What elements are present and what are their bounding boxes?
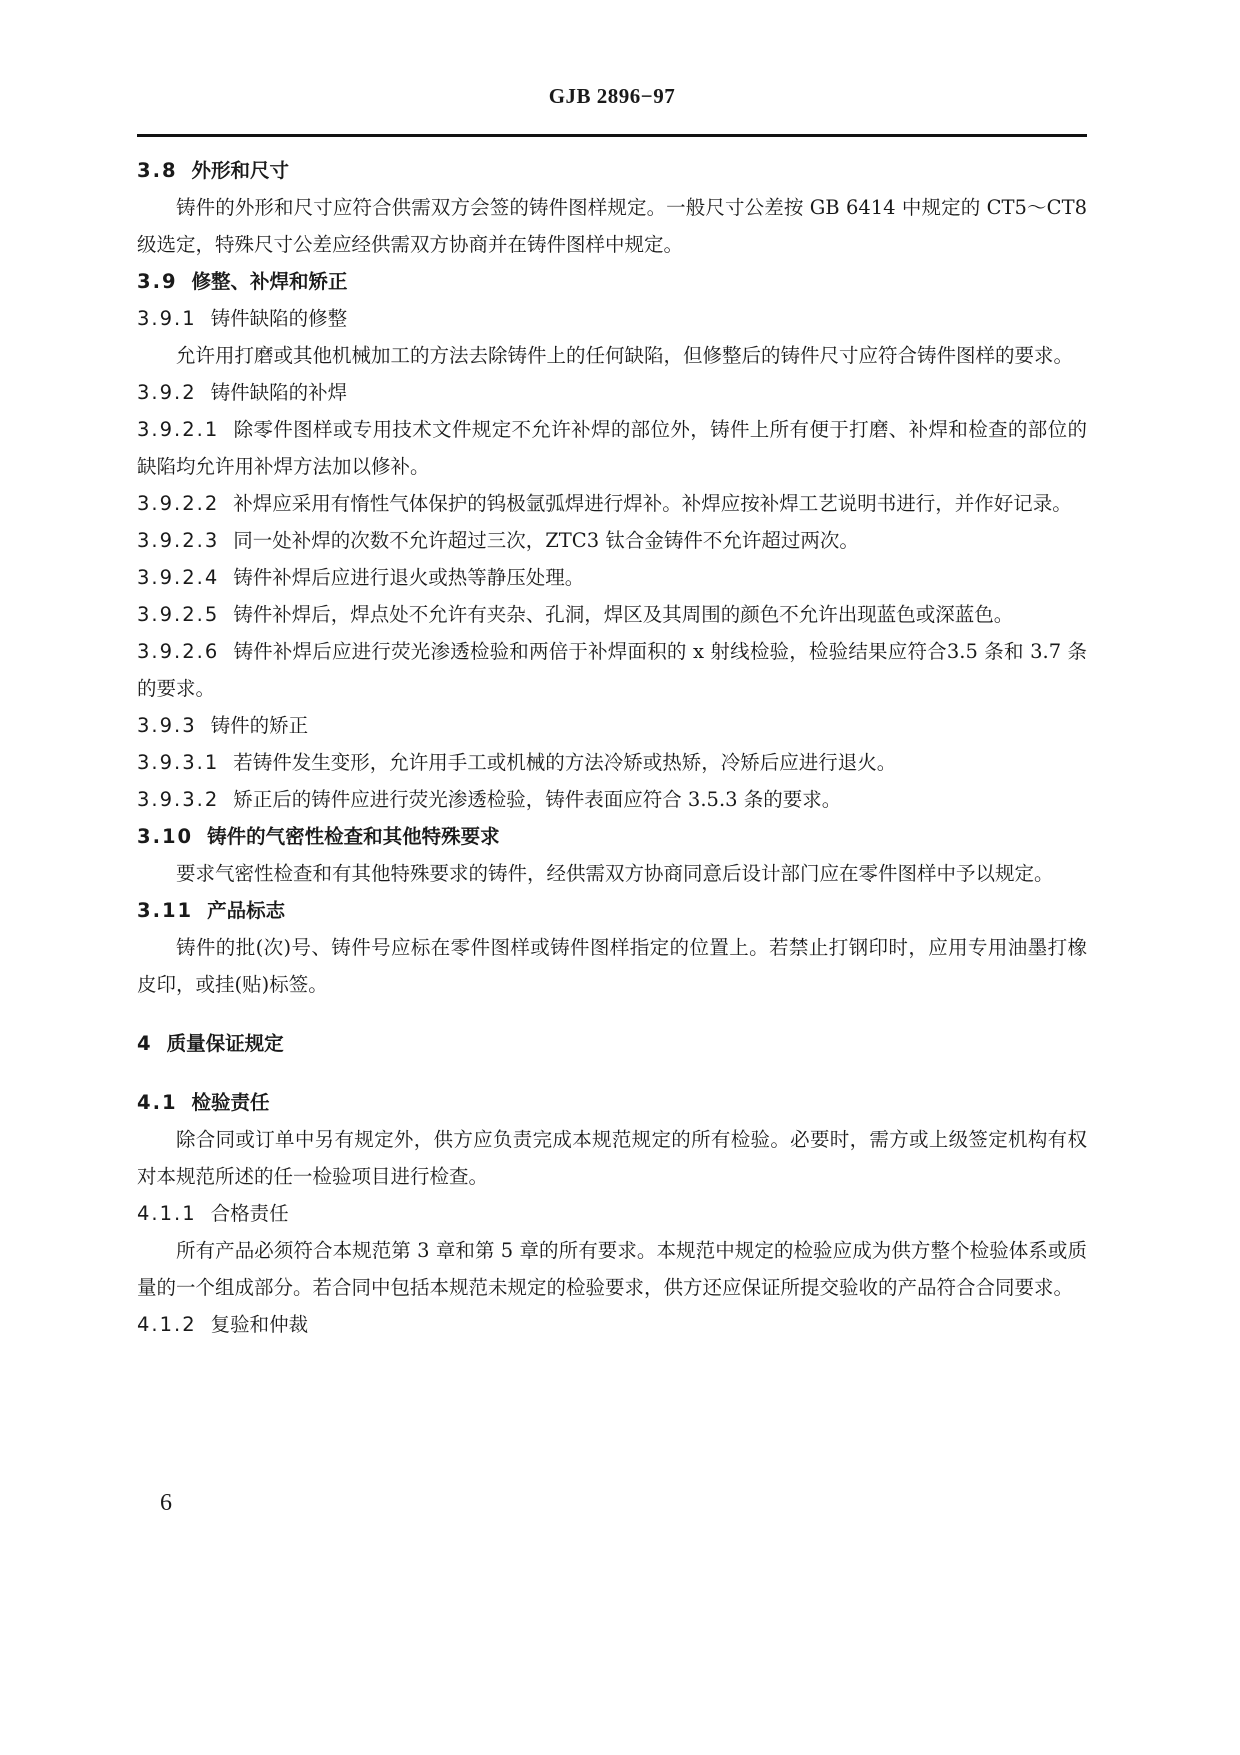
paragraph: 除合同或订单中另有规定外，供方应负责完成本规范规定的所有检验。必要时，需方或上级… [137, 1121, 1087, 1195]
section-title: 铸件缺陷的修整 [211, 307, 348, 330]
section-number: 3.11 [137, 892, 193, 929]
clause-item: 3.9.3.1若铸件发生变形，允许用手工或机械的方法冷矫或热矫，冷矫后应进行退火… [137, 744, 1087, 781]
paragraph: 允许用打磨或其他机械加工的方法去除铸件上的任何缺陷，但修整后的铸件尺寸应符合铸件… [137, 337, 1087, 374]
subsection-heading: 3.9.1铸件缺陷的修整 [137, 300, 1087, 337]
chapter-heading: 4质量保证规定 [137, 1025, 1087, 1062]
paragraph: 要求气密性检查和有其他特殊要求的铸件，经供需双方协商同意后设计部门应在零件图样中… [137, 855, 1087, 892]
clause-number: 3.9.3.2 [137, 781, 219, 818]
paragraph: 所有产品必须符合本规范第 3 章和第 5 章的所有要求。本规范中规定的检验应成为… [137, 1232, 1087, 1306]
section-title: 修整、补焊和矫正 [192, 270, 348, 293]
paragraph: 铸件的外形和尺寸应符合供需双方会签的铸件图样规定。一般尺寸公差按 GB 6414… [137, 189, 1087, 263]
section-number: 4.1.1 [137, 1195, 197, 1232]
spacer [137, 1062, 1087, 1084]
section-number: 3.9.3 [137, 707, 197, 744]
section-title: 质量保证规定 [167, 1032, 284, 1055]
clause-number: 3.9.3.1 [137, 744, 219, 781]
document-body: 3.8外形和尺寸 铸件的外形和尺寸应符合供需双方会签的铸件图样规定。一般尺寸公差… [137, 152, 1087, 1343]
clause-text: 除零件图样或专用技术文件规定不允许补焊的部位外，铸件上所有便于打磨、补焊和检查的… [137, 418, 1087, 478]
clause-number: 3.9.2.4 [137, 559, 219, 596]
clause-item: 3.9.2.5铸件补焊后，焊点处不允许有夹杂、孔洞，焊区及其周围的颜色不允许出现… [137, 596, 1087, 633]
clause-number: 3.9.2.6 [137, 633, 219, 670]
section-title: 铸件的矫正 [211, 714, 309, 737]
clause-number: 3.9.2.3 [137, 522, 219, 559]
clause-item: 3.9.2.4铸件补焊后应进行退火或热等静压处理。 [137, 559, 1087, 596]
document-page: GJB 2896−97 3.8外形和尺寸 铸件的外形和尺寸应符合供需双方会签的铸… [0, 0, 1240, 1755]
section-number: 3.9.2 [137, 374, 197, 411]
clause-item: 3.9.3.2矫正后的铸件应进行荧光渗透检验，铸件表面应符合 3.5.3 条的要… [137, 781, 1087, 818]
section-number: 4 [137, 1025, 153, 1062]
spacer [137, 1003, 1087, 1025]
section-heading: 4.1检验责任 [137, 1084, 1087, 1121]
clause-item: 3.9.2.3同一处补焊的次数不允许超过三次，ZTC3 钛合金铸件不允许超过两次… [137, 522, 1087, 559]
section-heading: 3.10铸件的气密性检查和其他特殊要求 [137, 818, 1087, 855]
section-title: 合格责任 [211, 1202, 289, 1225]
section-heading: 3.9修整、补焊和矫正 [137, 263, 1087, 300]
section-number: 3.8 [137, 152, 178, 189]
section-title: 铸件缺陷的补焊 [211, 381, 348, 404]
section-number: 4.1 [137, 1084, 178, 1121]
standard-header: GJB 2896−97 [137, 84, 1087, 109]
clause-text: 铸件补焊后应进行退火或热等静压处理。 [233, 566, 584, 589]
page-number: 6 [160, 1490, 172, 1517]
section-heading: 3.8外形和尺寸 [137, 152, 1087, 189]
clause-number: 3.9.2.5 [137, 596, 219, 633]
section-title: 复验和仲裁 [211, 1313, 309, 1336]
subsection-heading: 3.9.2铸件缺陷的补焊 [137, 374, 1087, 411]
clause-text: 若铸件发生变形，允许用手工或机械的方法冷矫或热矫，冷矫后应进行退火。 [233, 751, 896, 774]
clause-text: 补焊应采用有惰性气体保护的钨极氩弧焊进行焊补。补焊应按补焊工艺说明书进行，并作好… [233, 492, 1072, 515]
header-rule [137, 134, 1087, 137]
clause-number: 3.9.2.1 [137, 411, 219, 448]
section-number: 3.9 [137, 263, 178, 300]
section-title: 检验责任 [192, 1091, 270, 1114]
clause-item: 3.9.2.1除零件图样或专用技术文件规定不允许补焊的部位外，铸件上所有便于打磨… [137, 411, 1087, 485]
clause-item: 3.9.2.6铸件补焊后应进行荧光渗透检验和两倍于补焊面积的 x 射线检验，检验… [137, 633, 1087, 707]
section-title: 铸件的气密性检查和其他特殊要求 [207, 825, 500, 848]
section-number: 3.9.1 [137, 300, 197, 337]
clause-text: 矫正后的铸件应进行荧光渗透检验，铸件表面应符合 3.5.3 条的要求。 [233, 788, 841, 811]
section-title: 产品标志 [207, 899, 285, 922]
section-number: 4.1.2 [137, 1306, 197, 1343]
subsection-heading: 3.9.3铸件的矫正 [137, 707, 1087, 744]
clause-item: 3.9.2.2补焊应采用有惰性气体保护的钨极氩弧焊进行焊补。补焊应按补焊工艺说明… [137, 485, 1087, 522]
subsection-heading: 4.1.2复验和仲裁 [137, 1306, 1087, 1343]
clause-text: 同一处补焊的次数不允许超过三次，ZTC3 钛合金铸件不允许超过两次。 [233, 529, 859, 552]
section-number: 3.10 [137, 818, 193, 855]
clause-text: 铸件补焊后应进行荧光渗透检验和两倍于补焊面积的 x 射线检验，检验结果应符合3.… [137, 640, 1087, 700]
section-title: 外形和尺寸 [192, 159, 290, 182]
paragraph: 铸件的批(次)号、铸件号应标在零件图样或铸件图样指定的位置上。若禁止打钢印时，应… [137, 929, 1087, 1003]
subsection-heading: 4.1.1合格责任 [137, 1195, 1087, 1232]
clause-text: 铸件补焊后，焊点处不允许有夹杂、孔洞，焊区及其周围的颜色不允许出现蓝色或深蓝色。 [233, 603, 1013, 626]
clause-number: 3.9.2.2 [137, 485, 219, 522]
section-heading: 3.11产品标志 [137, 892, 1087, 929]
